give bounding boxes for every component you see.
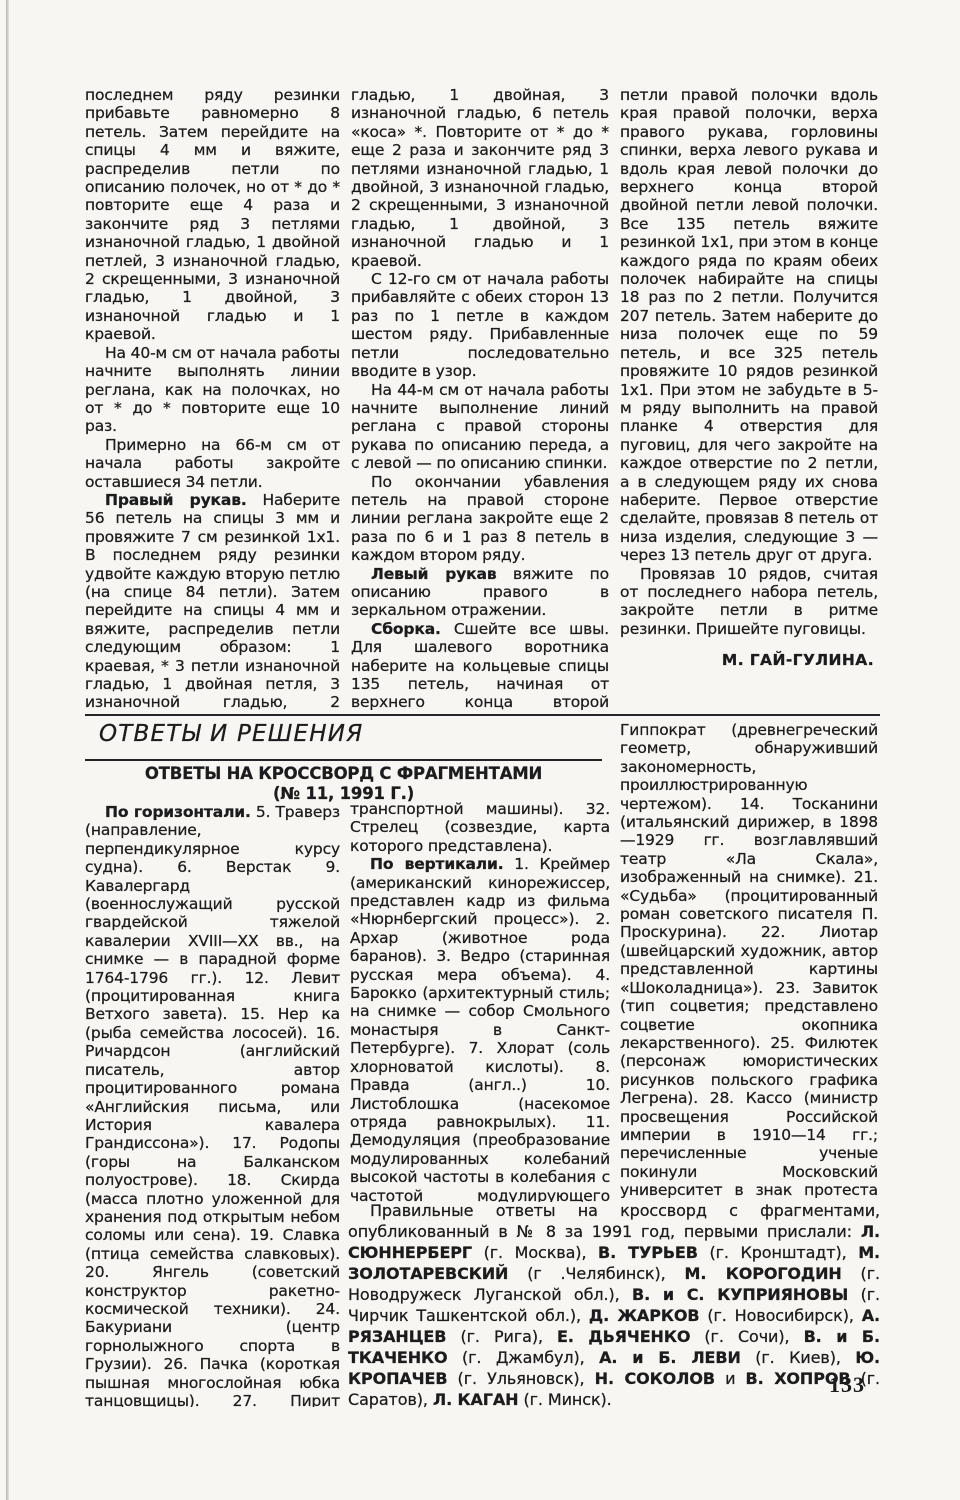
answers-header: ОТВЕТЫ И РЕШЕНИЯ [85,717,602,761]
crossword-title-line1: ОТВЕТЫ НА КРОССВОРД С ФРАГМЕНТАМИ [85,764,602,784]
page-number: 133 [829,1376,865,1394]
answers-paragraph: Гиппократ (древнегреческий геометр, обна… [620,721,878,1198]
answers-horizontal-paragraph: По горизонтали. 5. Траверз (направление,… [85,803,340,1407]
section-title: ОТВЕТЫ И РЕШЕНИЯ [85,717,602,743]
winners-block: Правильные ответы на кроссворд с фрагмен… [348,1200,880,1400]
knitting-paragraph: С 12-го см от начала работы прибавляйте … [351,270,609,380]
author-signature: М. ГАЙ-ГУЛИНА. [620,651,878,669]
knitting-column-3: петли правой полочки вдоль края правой п… [620,86,878,710]
knitting-paragraph-left-sleeve: Левый рукав вяжите по описанию правого в… [351,565,609,620]
knitting-column-1: последнем ряду резинки прибавьте равноме… [85,86,340,710]
knitting-paragraph: петли правой полочки вдоль края правой п… [620,86,878,565]
knitting-paragraph: последнем ряду резинки прибавьте равноме… [85,86,340,344]
knitting-paragraph-right-sleeve: Правый рукав. Наберите 56 петель на спиц… [85,491,340,710]
magazine-page-scan: последнем ряду резинки прибавьте равноме… [0,0,960,1500]
knitting-paragraph: По окончании убавления петель на правой … [351,473,609,565]
crossword-answers-title: ОТВЕТЫ НА КРОССВОРД С ФРАГМЕНТАМИ (№ 11,… [85,764,602,804]
knitting-column-2: гладью, 1 двойная, 3 изнаночной гладью, … [351,86,609,710]
answers-column-2: транспортной машины). 32. Стрелец (созве… [350,800,610,1202]
answers-column-1: По горизонтали. 5. Траверз (направление,… [85,803,340,1407]
answers-paragraph: транспортной машины). 32. Стрелец (созве… [350,800,610,855]
knitting-paragraph: Провязав 10 рядов, считая от последнего … [620,565,878,639]
knitting-paragraph-assembly: Сборка. Сшейте все швы. Для шалевого вор… [351,620,609,710]
knitting-instructions-section: последнем ряду резинки прибавьте равноме… [85,86,880,710]
knitting-paragraph: гладью, 1 двойная, 3 изнаночной гладью, … [351,86,609,270]
knitting-paragraph: На 44-м см от начала работы начните выпо… [351,381,609,473]
winners-paragraph: Правильные ответы на кроссворд с фрагмен… [348,1200,880,1410]
answers-section: ОТВЕТЫ И РЕШЕНИЯ ОТВЕТЫ НА КРОССВОРД С Ф… [85,714,880,1500]
answers-column-3: Гиппократ (древнегреческий геометр, обна… [620,721,878,1198]
knitting-paragraph: На 40-м см от начала работы начните выпо… [85,344,340,436]
answers-vertical-paragraph: По вертикали. 1. Креймер (американский к… [350,855,610,1202]
knitting-paragraph: Примерно на 66-м см от начала работы зак… [85,436,340,491]
